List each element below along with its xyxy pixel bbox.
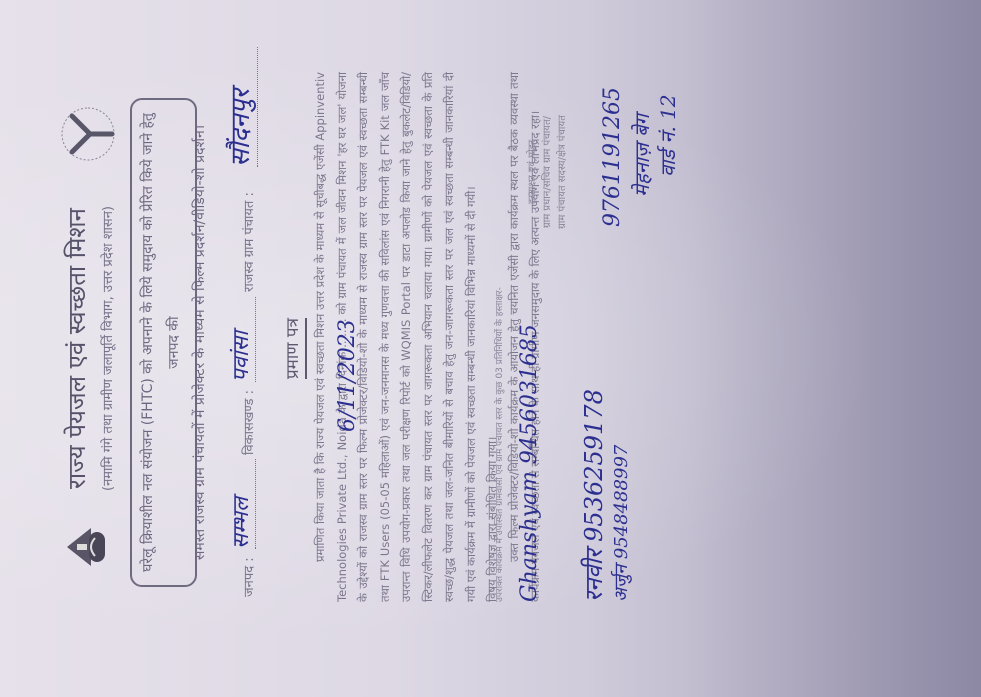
certificate-page: राज्य पेयजल एवं स्वच्छता मिशन (नमामि गंग…: [0, 0, 740, 697]
panchayat-label: राजस्व ग्राम पंचायत :: [239, 192, 257, 292]
attendee-name: अर्जुन: [611, 565, 632, 602]
district-value: सम्भल: [225, 459, 256, 549]
attendee-phone: 9536259178: [580, 389, 608, 542]
attendee-1: Ghanshyam 9456031685: [517, 324, 542, 602]
district-label: जनपद :: [239, 557, 257, 597]
jal-jeevan-mission-icon: [60, 106, 116, 162]
attendee-phone: 9456031685: [517, 324, 542, 464]
attendee-name: रनवीर: [580, 549, 608, 602]
mission-subtitle: (नमामि गंगे तथा ग्रामीण जलापूर्ति विभाग,…: [98, 0, 116, 697]
attendee-phone: 9548488997: [611, 445, 632, 560]
attendee-note: उपरोक्त कार्यक्रम में उपस्थित ग्रामवासी …: [492, 72, 505, 602]
mission-title: राज्य पेयजल एवं स्वच्छता मिशन: [60, 0, 93, 697]
attendee-3: अर्जुन 9548488997: [609, 445, 633, 602]
block-label: विकासखण्ड :: [239, 390, 257, 455]
signature-line-3: ग्राम पंचायत सदस्य/क्षेत्र पंचायत: [555, 87, 570, 257]
block-value: पवांसा: [225, 297, 256, 382]
header: राज्य पेयजल एवं स्वच्छता मिशन (नमामि गंग…: [40, 0, 130, 697]
program-banner: घरेलू क्रियाशील नल संयोजन (FHTC) को अपना…: [130, 98, 197, 587]
handwritten-date: 6/11/2023: [335, 319, 360, 432]
attendee-name: Ghanshyam: [517, 471, 542, 602]
signature-ward: वार्ड नं. 12: [654, 94, 681, 177]
signature-line-2: ग्राम प्रधान/सचिव ग्राम पंचायत/: [540, 87, 555, 257]
location-fields: जनपद : सम्भल विकासखण्ड : पवांसा राजस्व ग…: [225, 37, 265, 597]
panchayat-value: सौंदनपुर: [221, 47, 258, 167]
banner-line-1: घरेलू क्रियाशील नल संयोजन (FHTC) को अपना…: [135, 100, 187, 585]
signature-line-1: हस्ताक्षर एवं मोहर: [525, 87, 540, 257]
signature-block: हस्ताक्षर एवं मोहर ग्राम प्रधान/सचिव ग्र…: [525, 87, 570, 257]
certificate-title: प्रमाण पत्र: [280, 0, 303, 697]
signature-phone: 9761191265: [600, 87, 625, 227]
banner-line-2: समस्त राजस्व ग्राम पंचायतों में प्रोजेक्…: [187, 100, 213, 585]
attendee-2: रनवीर 9536259178: [577, 389, 610, 602]
signature-name: मेहनाज़ बेग: [628, 114, 655, 197]
